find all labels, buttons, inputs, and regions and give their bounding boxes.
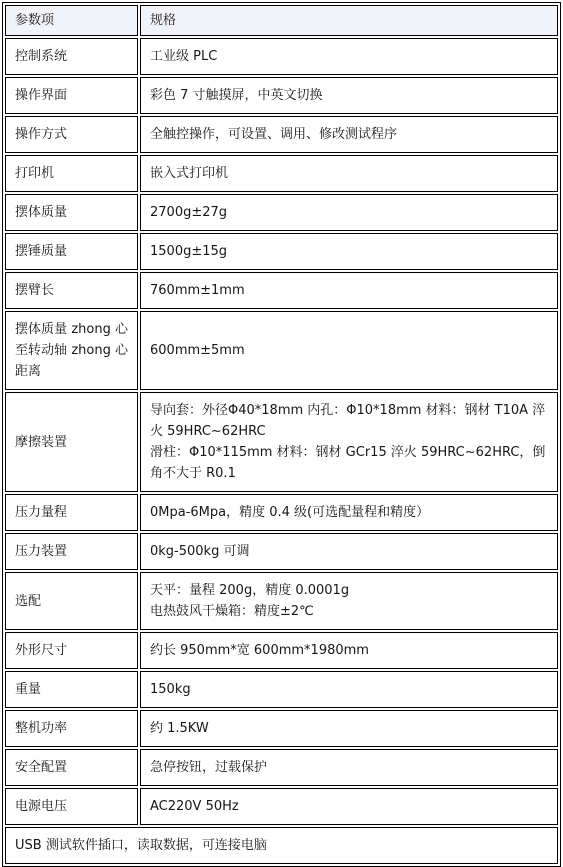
param-label: 外形尺寸 <box>5 632 138 669</box>
usb-note: USB 测试软件插口，读取数据，可连接电脑 <box>5 827 558 864</box>
param-label: 操作界面 <box>5 77 138 114</box>
header-param-label: 参数项 <box>5 5 138 36</box>
param-label: 控制系统 <box>5 38 138 75</box>
spec-value: 工业级 PLC <box>140 38 558 75</box>
param-label: 摩擦装置 <box>5 392 138 492</box>
table-row: 摆锤质量 1500g±15g <box>5 233 558 270</box>
param-label: 摆体质量 zhong 心至转动轴 zhong 心距离 <box>5 311 138 390</box>
spec-value: 急停按钮，过载保护 <box>140 749 558 786</box>
spec-page: 参数项 规格 控制系统 工业级 PLC 操作界面 彩色 7 寸触摸屏，中英文切换… <box>0 0 563 859</box>
table-row: 选配 天平：量程 200g，精度 0.0001g 电热鼓风干燥箱：精度±2℃ <box>5 572 558 630</box>
table-row: 安全配置 急停按钮，过载保护 <box>5 749 558 786</box>
param-label: 摆锤质量 <box>5 233 138 270</box>
spec-value: 1500g±15g <box>140 233 558 270</box>
table-row: 重量 150kg <box>5 671 558 708</box>
spec-value: 嵌入式打印机 <box>140 155 558 192</box>
spec-value: 760mm±1mm <box>140 272 558 309</box>
spec-value: AC220V 50Hz <box>140 788 558 825</box>
spec-value: 0Mpa-6Mpa，精度 0.4 级(可选配量程和精度） <box>140 494 558 531</box>
table-row: 摩擦装置 导向套：外径Φ40*18mm 内孔：Φ10*18mm 材料：钢材 T1… <box>5 392 558 492</box>
table-row: 摆体质量 zhong 心至转动轴 zhong 心距离 600mm±5mm <box>5 311 558 390</box>
table-row: 控制系统 工业级 PLC <box>5 38 558 75</box>
param-label: 电源电压 <box>5 788 138 825</box>
table-row: 压力量程 0Mpa-6Mpa，精度 0.4 级(可选配量程和精度） <box>5 494 558 531</box>
table-row: 操作方式 全触控操作，可设置、调用、修改测试程序 <box>5 116 558 153</box>
param-label: 打印机 <box>5 155 138 192</box>
param-label: 摆臂长 <box>5 272 138 309</box>
spec-value: 约长 950mm*宽 600mm*1980mm <box>140 632 558 669</box>
param-label: 重量 <box>5 671 138 708</box>
spec-value: 天平：量程 200g，精度 0.0001g 电热鼓风干燥箱：精度±2℃ <box>140 572 558 630</box>
spec-value: 0kg-500kg 可调 <box>140 533 558 570</box>
spec-value: 全触控操作，可设置、调用、修改测试程序 <box>140 116 558 153</box>
table-row: 压力装置 0kg-500kg 可调 <box>5 533 558 570</box>
param-label: 安全配置 <box>5 749 138 786</box>
spec-value: 150kg <box>140 671 558 708</box>
spec-value: 约 1.5KW <box>140 710 558 747</box>
table-row: 整机功率 约 1.5KW <box>5 710 558 747</box>
param-label: 整机功率 <box>5 710 138 747</box>
table-row: 打印机 嵌入式打印机 <box>5 155 558 192</box>
param-label: 压力装置 <box>5 533 138 570</box>
footer-row: USB 测试软件插口，读取数据，可连接电脑 <box>5 827 558 864</box>
table-row: 摆臂长 760mm±1mm <box>5 272 558 309</box>
table-row: 外形尺寸 约长 950mm*宽 600mm*1980mm <box>5 632 558 669</box>
param-label: 选配 <box>5 572 138 630</box>
spec-table: 参数项 规格 控制系统 工业级 PLC 操作界面 彩色 7 寸触摸屏，中英文切换… <box>2 2 561 867</box>
param-label: 操作方式 <box>5 116 138 153</box>
table-row: 操作界面 彩色 7 寸触摸屏，中英文切换 <box>5 77 558 114</box>
param-label: 摆体质量 <box>5 194 138 231</box>
table-row: 电源电压 AC220V 50Hz <box>5 788 558 825</box>
param-label: 压力量程 <box>5 494 138 531</box>
header-spec-label: 规格 <box>140 5 558 36</box>
header-row: 参数项 规格 <box>5 5 558 36</box>
spec-value: 600mm±5mm <box>140 311 558 390</box>
table-row: 摆体质量 2700g±27g <box>5 194 558 231</box>
spec-value: 彩色 7 寸触摸屏，中英文切换 <box>140 77 558 114</box>
spec-value: 导向套：外径Φ40*18mm 内孔：Φ10*18mm 材料：钢材 T10A 淬火… <box>140 392 558 492</box>
spec-value: 2700g±27g <box>140 194 558 231</box>
